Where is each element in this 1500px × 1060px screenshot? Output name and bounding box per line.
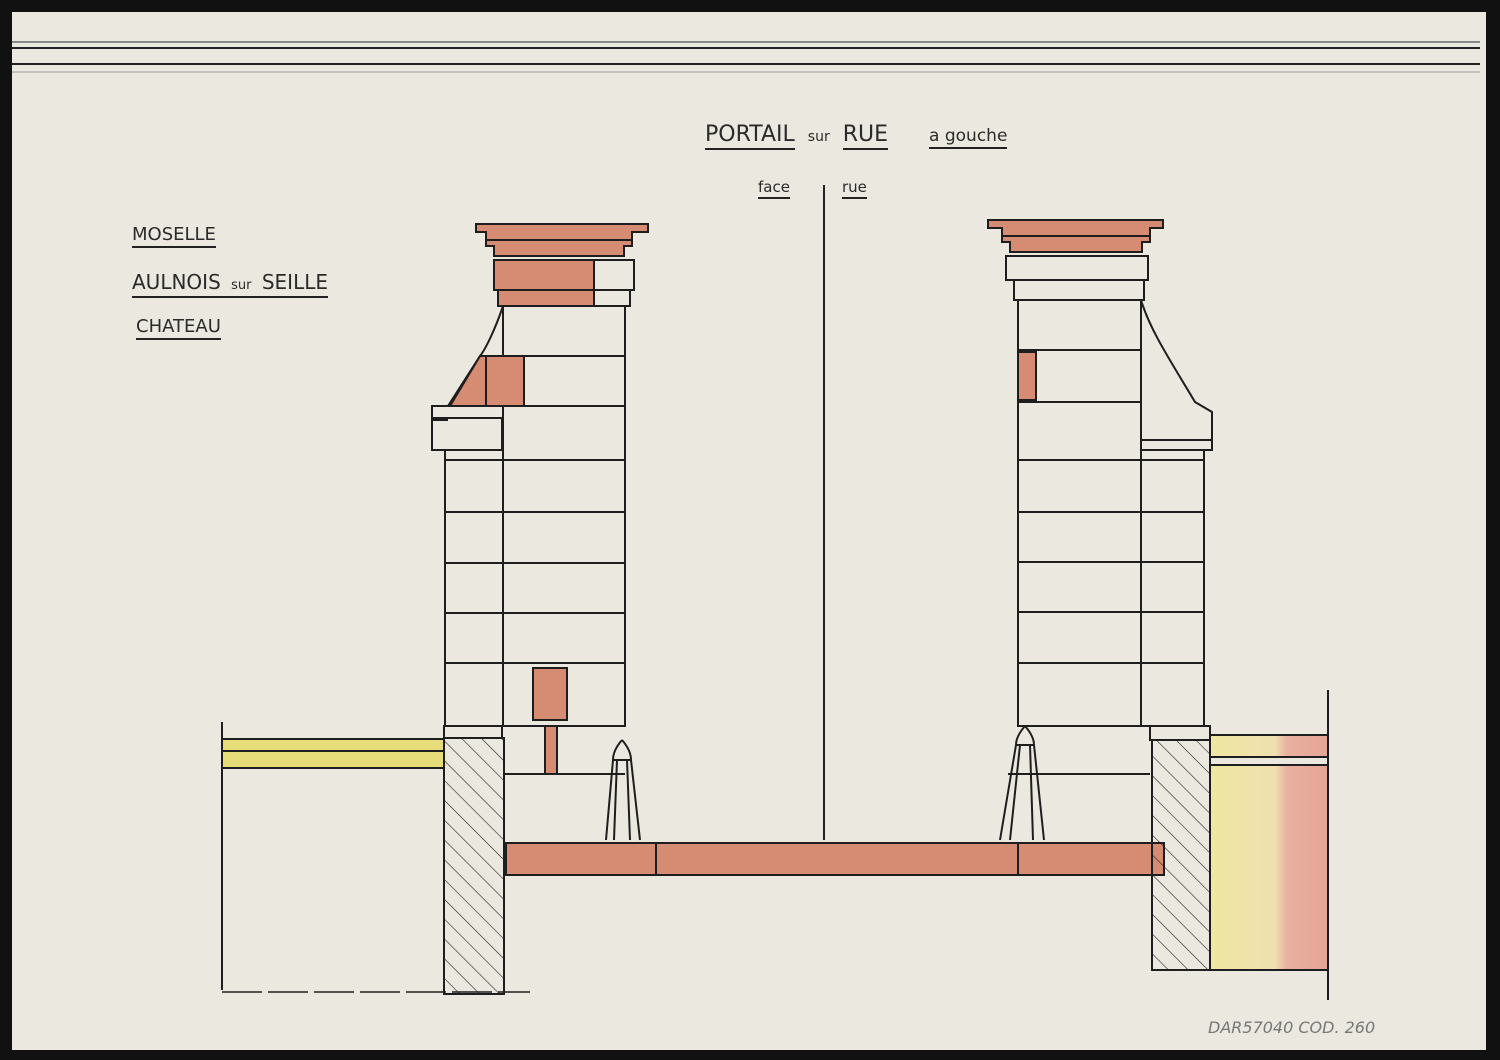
archive-reference: DAR57040 COD. 260 [1208,1018,1375,1037]
threshold-beam [506,843,1164,875]
right-fence-panel [1210,735,1328,757]
title-rue: RUE [843,122,888,150]
title-sur: sur [808,129,830,145]
axis-label-rue: rue [842,178,867,199]
commune-sur: sur [231,278,251,293]
left-wall-section [444,738,504,994]
right-wall-section [1152,740,1210,970]
title-portail: PORTAIL [705,122,795,150]
drawing-title: PORTAIL sur RUE a gouche [705,122,1007,147]
sheet-border-lines [12,42,1480,72]
axis-label-face: face [758,178,790,199]
architectural-elevation [0,0,1500,1060]
department-label: MOSELLE [132,224,216,248]
left-fence-yellow [222,739,444,751]
commune-name-b: SEILLE [262,270,328,294]
commune-label: AULNOIS sur SEILLE [132,270,328,298]
title-side: a gouche [929,126,1007,149]
commune-name-a: AULNOIS [132,270,221,294]
building-label: CHATEAU [136,316,221,340]
